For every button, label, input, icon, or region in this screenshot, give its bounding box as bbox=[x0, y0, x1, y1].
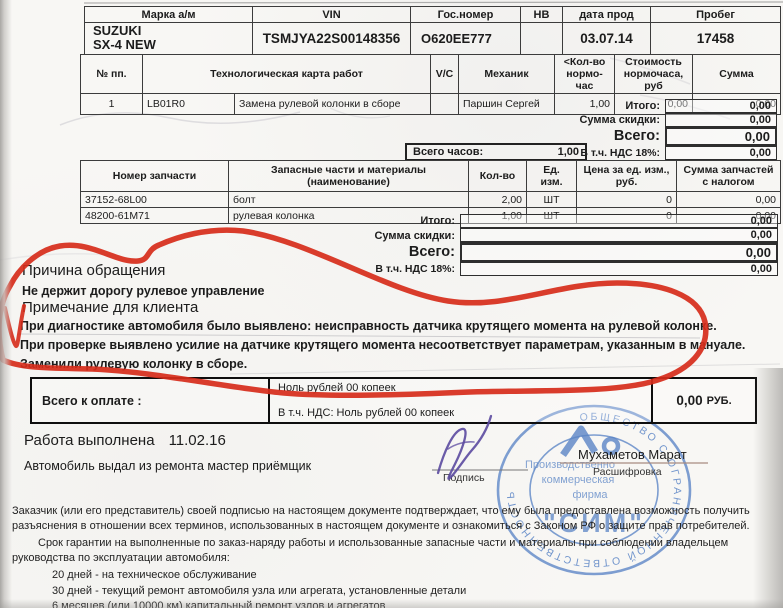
works-total-itogo: Итого: 0,00 bbox=[545, 99, 777, 113]
works-header-rate: Стоимость нормочаса, руб bbox=[615, 55, 693, 94]
col-header-nv: НВ bbox=[521, 7, 563, 23]
col-header-plate: Гос.номер bbox=[411, 7, 521, 23]
work-row-vc bbox=[431, 94, 459, 115]
hours-value: 1,00 bbox=[558, 146, 579, 158]
photo-edge-left bbox=[0, 0, 12, 608]
photo-edge-bottom bbox=[0, 599, 783, 608]
col-header-sale-date: дата прод bbox=[563, 7, 651, 23]
photo-edge-right bbox=[753, 368, 783, 608]
client-note-title: Примечание для клиента bbox=[22, 299, 198, 316]
work-completed-date: 11.02.16 bbox=[169, 432, 226, 449]
vehicle-nv bbox=[521, 23, 563, 55]
terms-paragraph-1: Заказчик (или его представитель) своей п… bbox=[12, 504, 774, 533]
parts-vat-label: В т.ч. НДС 18%: bbox=[340, 263, 460, 275]
works-header-mechanic: Механик bbox=[459, 55, 555, 94]
work-completed-line: Работа выполнена11.02.16 bbox=[24, 432, 226, 449]
parts-vsego-value: 0,00 bbox=[460, 243, 778, 262]
total-payable-label: Всего к оплате : bbox=[32, 379, 270, 422]
vat-words: В т.ч. НДС: Ноль рублей 00 копеек bbox=[278, 407, 643, 419]
note-line-3: Заменили рулевую колонку в сборе. bbox=[20, 357, 247, 371]
vehicle-info-table: Марка а/м VIN Гос.номер НВ дата прод Про… bbox=[84, 6, 781, 55]
works-header-vc: V/C bbox=[431, 55, 459, 94]
terms-paragraph-2: Срок гарантии на выполненные по заказ-на… bbox=[12, 536, 774, 565]
col-header-make: Марка а/м bbox=[85, 7, 253, 23]
car-released-line: Автомобиль выдал из ремонта мастер приём… bbox=[24, 459, 311, 473]
vehicle-sale-date: 03.07.14 bbox=[563, 23, 651, 55]
part-unit: ШТ bbox=[527, 192, 577, 208]
works-discount-value: 0,00 bbox=[665, 113, 777, 127]
vehicle-plate: О620ЕЕ777 bbox=[411, 23, 521, 55]
works-itogo-label: Итого: bbox=[545, 100, 665, 112]
total-payable-box: Всего к оплате : Ноль рублей 00 копеек В… bbox=[30, 377, 757, 424]
works-total-discount: Сумма скидки: 0,00 bbox=[545, 113, 777, 127]
parts-header-qty: Кол-во bbox=[469, 161, 527, 192]
warranty-item-2: 30 дней - текущий ремонт автомобиля узла… bbox=[52, 584, 774, 599]
parts-row: 37152-68L00 болт 2,00 ШТ 0 0,00 bbox=[81, 192, 781, 208]
works-header-qty: <Кол-во нормо-час bbox=[555, 55, 615, 94]
total-hours-box: Всего часов: 1,00 bbox=[405, 143, 587, 161]
stamp-line-3: фирма bbox=[573, 489, 609, 501]
note-line-2: При проверке выявлено усилие на датчике … bbox=[20, 338, 745, 352]
parts-discount-value: 0,00 bbox=[460, 228, 778, 243]
vehicle-vin: TSMJYA22S00148356 bbox=[253, 23, 411, 55]
parts-itogo-value: 0,00 bbox=[460, 214, 778, 228]
hours-label: Всего часов: bbox=[413, 146, 483, 158]
parts-header-unit: Ед. изм. bbox=[527, 161, 577, 192]
works-discount-label: Сумма скидки: bbox=[545, 114, 665, 126]
parts-itogo-label: Итого: bbox=[340, 215, 460, 227]
parts-total-vsego: Всего: 0,00 bbox=[340, 243, 778, 261]
part-qty: 2,00 bbox=[469, 192, 527, 208]
parts-vsego-label: Всего: bbox=[340, 244, 460, 260]
parts-header-num: Номер запчасти bbox=[81, 161, 229, 192]
vehicle-make: SUZUKISX-4 NEW bbox=[85, 23, 253, 55]
work-row-num: 1 bbox=[81, 94, 143, 115]
amount-value: 0,00 bbox=[676, 393, 702, 408]
parts-total-itogo: Итого: 0,00 bbox=[340, 214, 778, 228]
parts-discount-label: Сумма скидки: bbox=[340, 230, 460, 242]
work-row-desc: Замена рулевой колонки в сборе bbox=[235, 94, 431, 115]
terms-block: Заказчик (или его представитель) своей п… bbox=[12, 504, 774, 608]
works-vat-value: 0,00 bbox=[665, 146, 777, 160]
works-vsego-label: Всего: bbox=[545, 128, 665, 144]
work-row-mechanic: Паршин Сергей bbox=[459, 94, 555, 115]
parts-header-name: Запасные части и материалы (наименование… bbox=[229, 161, 469, 192]
col-header-mileage: Пробег bbox=[651, 7, 781, 23]
currency-label: РУБ. bbox=[707, 395, 732, 407]
part-sum: 0,00 bbox=[677, 192, 781, 208]
col-header-vin: VIN bbox=[253, 7, 411, 23]
works-header-sum: Сумма bbox=[693, 55, 781, 94]
parts-header-sum: Сумма запчастей с налогом bbox=[677, 161, 781, 192]
parts-header-price: Цена за ед. изм., руб. bbox=[577, 161, 677, 192]
parts-vat-value: 0,00 bbox=[460, 262, 778, 276]
works-itogo-value: 0,00 bbox=[665, 99, 777, 113]
part-price: 0 bbox=[577, 192, 677, 208]
reason-title: Причина обращения bbox=[22, 262, 165, 279]
works-vsego-value: 0,00 bbox=[665, 127, 777, 146]
signature-caption: Подпись bbox=[443, 472, 485, 484]
master-name: Мухаметов Марат bbox=[578, 447, 687, 462]
scanned-service-order: Марка а/м VIN Гос.номер НВ дата прод Про… bbox=[0, 0, 783, 608]
reason-text: Не держит дорогу рулевое управление bbox=[22, 284, 265, 298]
work-completed-label: Работа выполнена bbox=[24, 432, 155, 449]
part-num: 48200-61M71 bbox=[81, 208, 229, 224]
works-header-card: Технологическая карта работ bbox=[143, 55, 431, 94]
amount-in-words: Ноль рублей 00 копеек В т.ч. НДС: Ноль р… bbox=[270, 379, 651, 422]
parts-total-vat: В т.ч. НДС 18%: 0,00 bbox=[340, 262, 778, 276]
parts-total-discount: Сумма скидки: 0,00 bbox=[340, 228, 778, 243]
warranty-item-1: 20 дней - на техническое обслуживание bbox=[52, 568, 774, 583]
vehicle-mileage: 17458 bbox=[651, 23, 781, 55]
amount-numeric: 0,00 РУБ. bbox=[651, 379, 755, 422]
decode-caption: Расшифровка bbox=[593, 466, 662, 478]
note-line-1: При диагностике автомобиля было выявлено… bbox=[20, 319, 717, 333]
works-header-num: № пп. bbox=[81, 55, 143, 94]
amount-words: Ноль рублей 00 копеек bbox=[278, 382, 643, 394]
work-row-code: LB01R0 bbox=[143, 94, 235, 115]
part-name: болт bbox=[229, 192, 469, 208]
part-num: 37152-68L00 bbox=[81, 192, 229, 208]
